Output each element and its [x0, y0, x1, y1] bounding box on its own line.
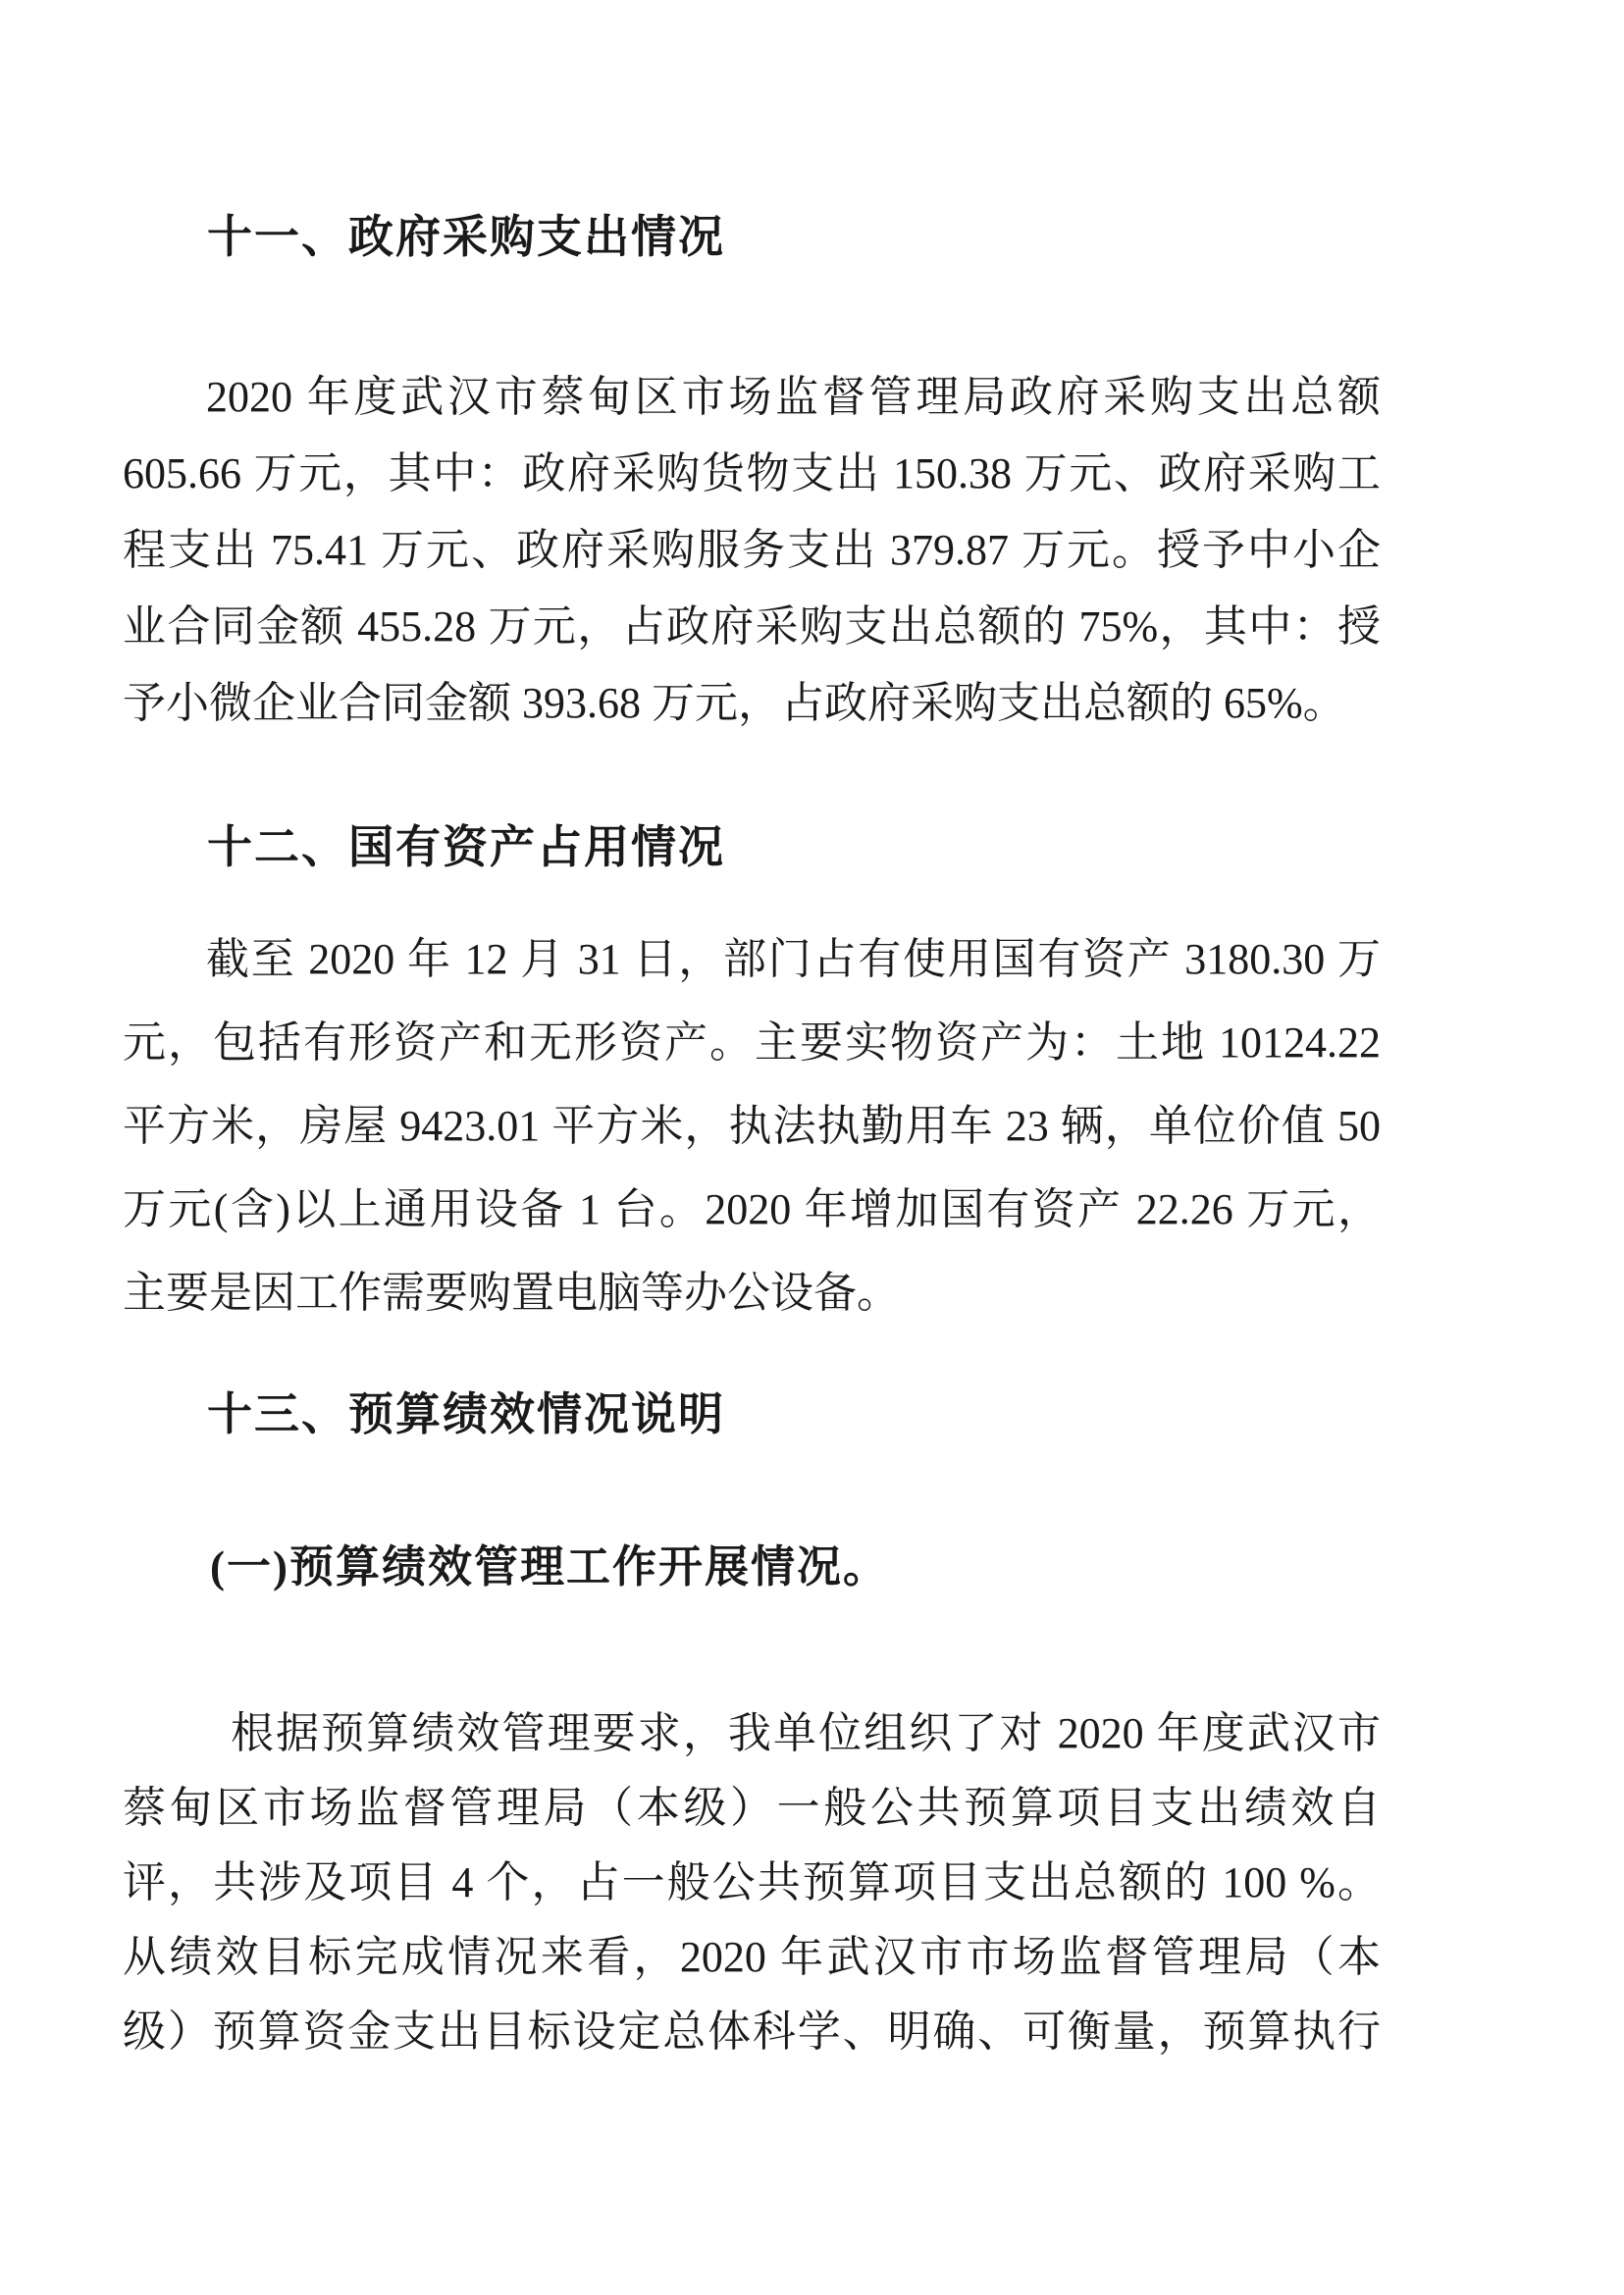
paragraph-government-procurement: 2020 年度武汉市蔡甸区市场监督管理局政府采购支出总额 605.66 万元，其… — [123, 359, 1381, 742]
document-page: 十一、政府采购支出情况 2020 年度武汉市蔡甸区市场监督管理局政府采购支出总额… — [0, 0, 1624, 2295]
subsection-heading-performance: (一)预算绩效管理工作开展情况。 — [210, 1542, 889, 1591]
paragraph-line: 元，包括有形资产和无形资产。主要实物资产为：土地 10124.22 — [123, 1001, 1381, 1084]
paragraph-line: 从绩效目标完成情况来看，2020 年武汉市市场监督管理局（本 — [123, 1920, 1381, 1995]
paragraph-line: 业合同金额 455.28 万元，占政府采购支出总额的 75%，其中：授 — [123, 589, 1381, 665]
paragraph-line: 平方米，房屋 9423.01 平方米，执法执勤用车 23 辆，单位价值 50 — [123, 1084, 1381, 1168]
section-heading-11: 十一、政府采购支出情况 — [207, 212, 725, 261]
paragraph-state-assets: 截至 2020 年 12 月 31 日，部门占有使用国有资产 3180.30 万… — [123, 917, 1381, 1334]
paragraph-line: 根据预算绩效管理要求，我单位组织了对 2020 年度武汉市 — [123, 1696, 1381, 1771]
paragraph-line: 截至 2020 年 12 月 31 日，部门占有使用国有资产 3180.30 万 — [123, 917, 1381, 1001]
paragraph-line: 程支出 75.41 万元、政府采购服务支出 379.87 万元。授予中小企 — [123, 512, 1381, 589]
paragraph-line: 万元(含)以上通用设备 1 台。2020 年增加国有资产 22.26 万元， — [123, 1168, 1381, 1251]
paragraph-line: 主要是因工作需要购置电脑等办公设备。 — [123, 1251, 1381, 1334]
section-heading-12: 十二、国有资产占用情况 — [207, 822, 725, 871]
paragraph-budget-performance: 根据预算绩效管理要求，我单位组织了对 2020 年度武汉市 蔡甸区市场监督管理局… — [123, 1696, 1381, 2069]
paragraph-line: 蔡甸区市场监督管理局（本级）一般公共预算项目支出绩效自 — [123, 1771, 1381, 1846]
paragraph-line: 评，共涉及项目 4 个，占一般公共预算项目支出总额的 100 %。 — [123, 1846, 1381, 1920]
paragraph-line: 予小微企业合同金额 393.68 万元，占政府采购支出总额的 65%。 — [123, 665, 1381, 742]
section-heading-13: 十三、预算绩效情况说明 — [207, 1389, 725, 1438]
paragraph-line: 2020 年度武汉市蔡甸区市场监督管理局政府采购支出总额 — [123, 359, 1381, 436]
paragraph-line: 605.66 万元，其中：政府采购货物支出 150.38 万元、政府采购工 — [123, 436, 1381, 512]
paragraph-line: 级）预算资金支出目标设定总体科学、明确、可衡量，预算执行 — [123, 1995, 1381, 2069]
